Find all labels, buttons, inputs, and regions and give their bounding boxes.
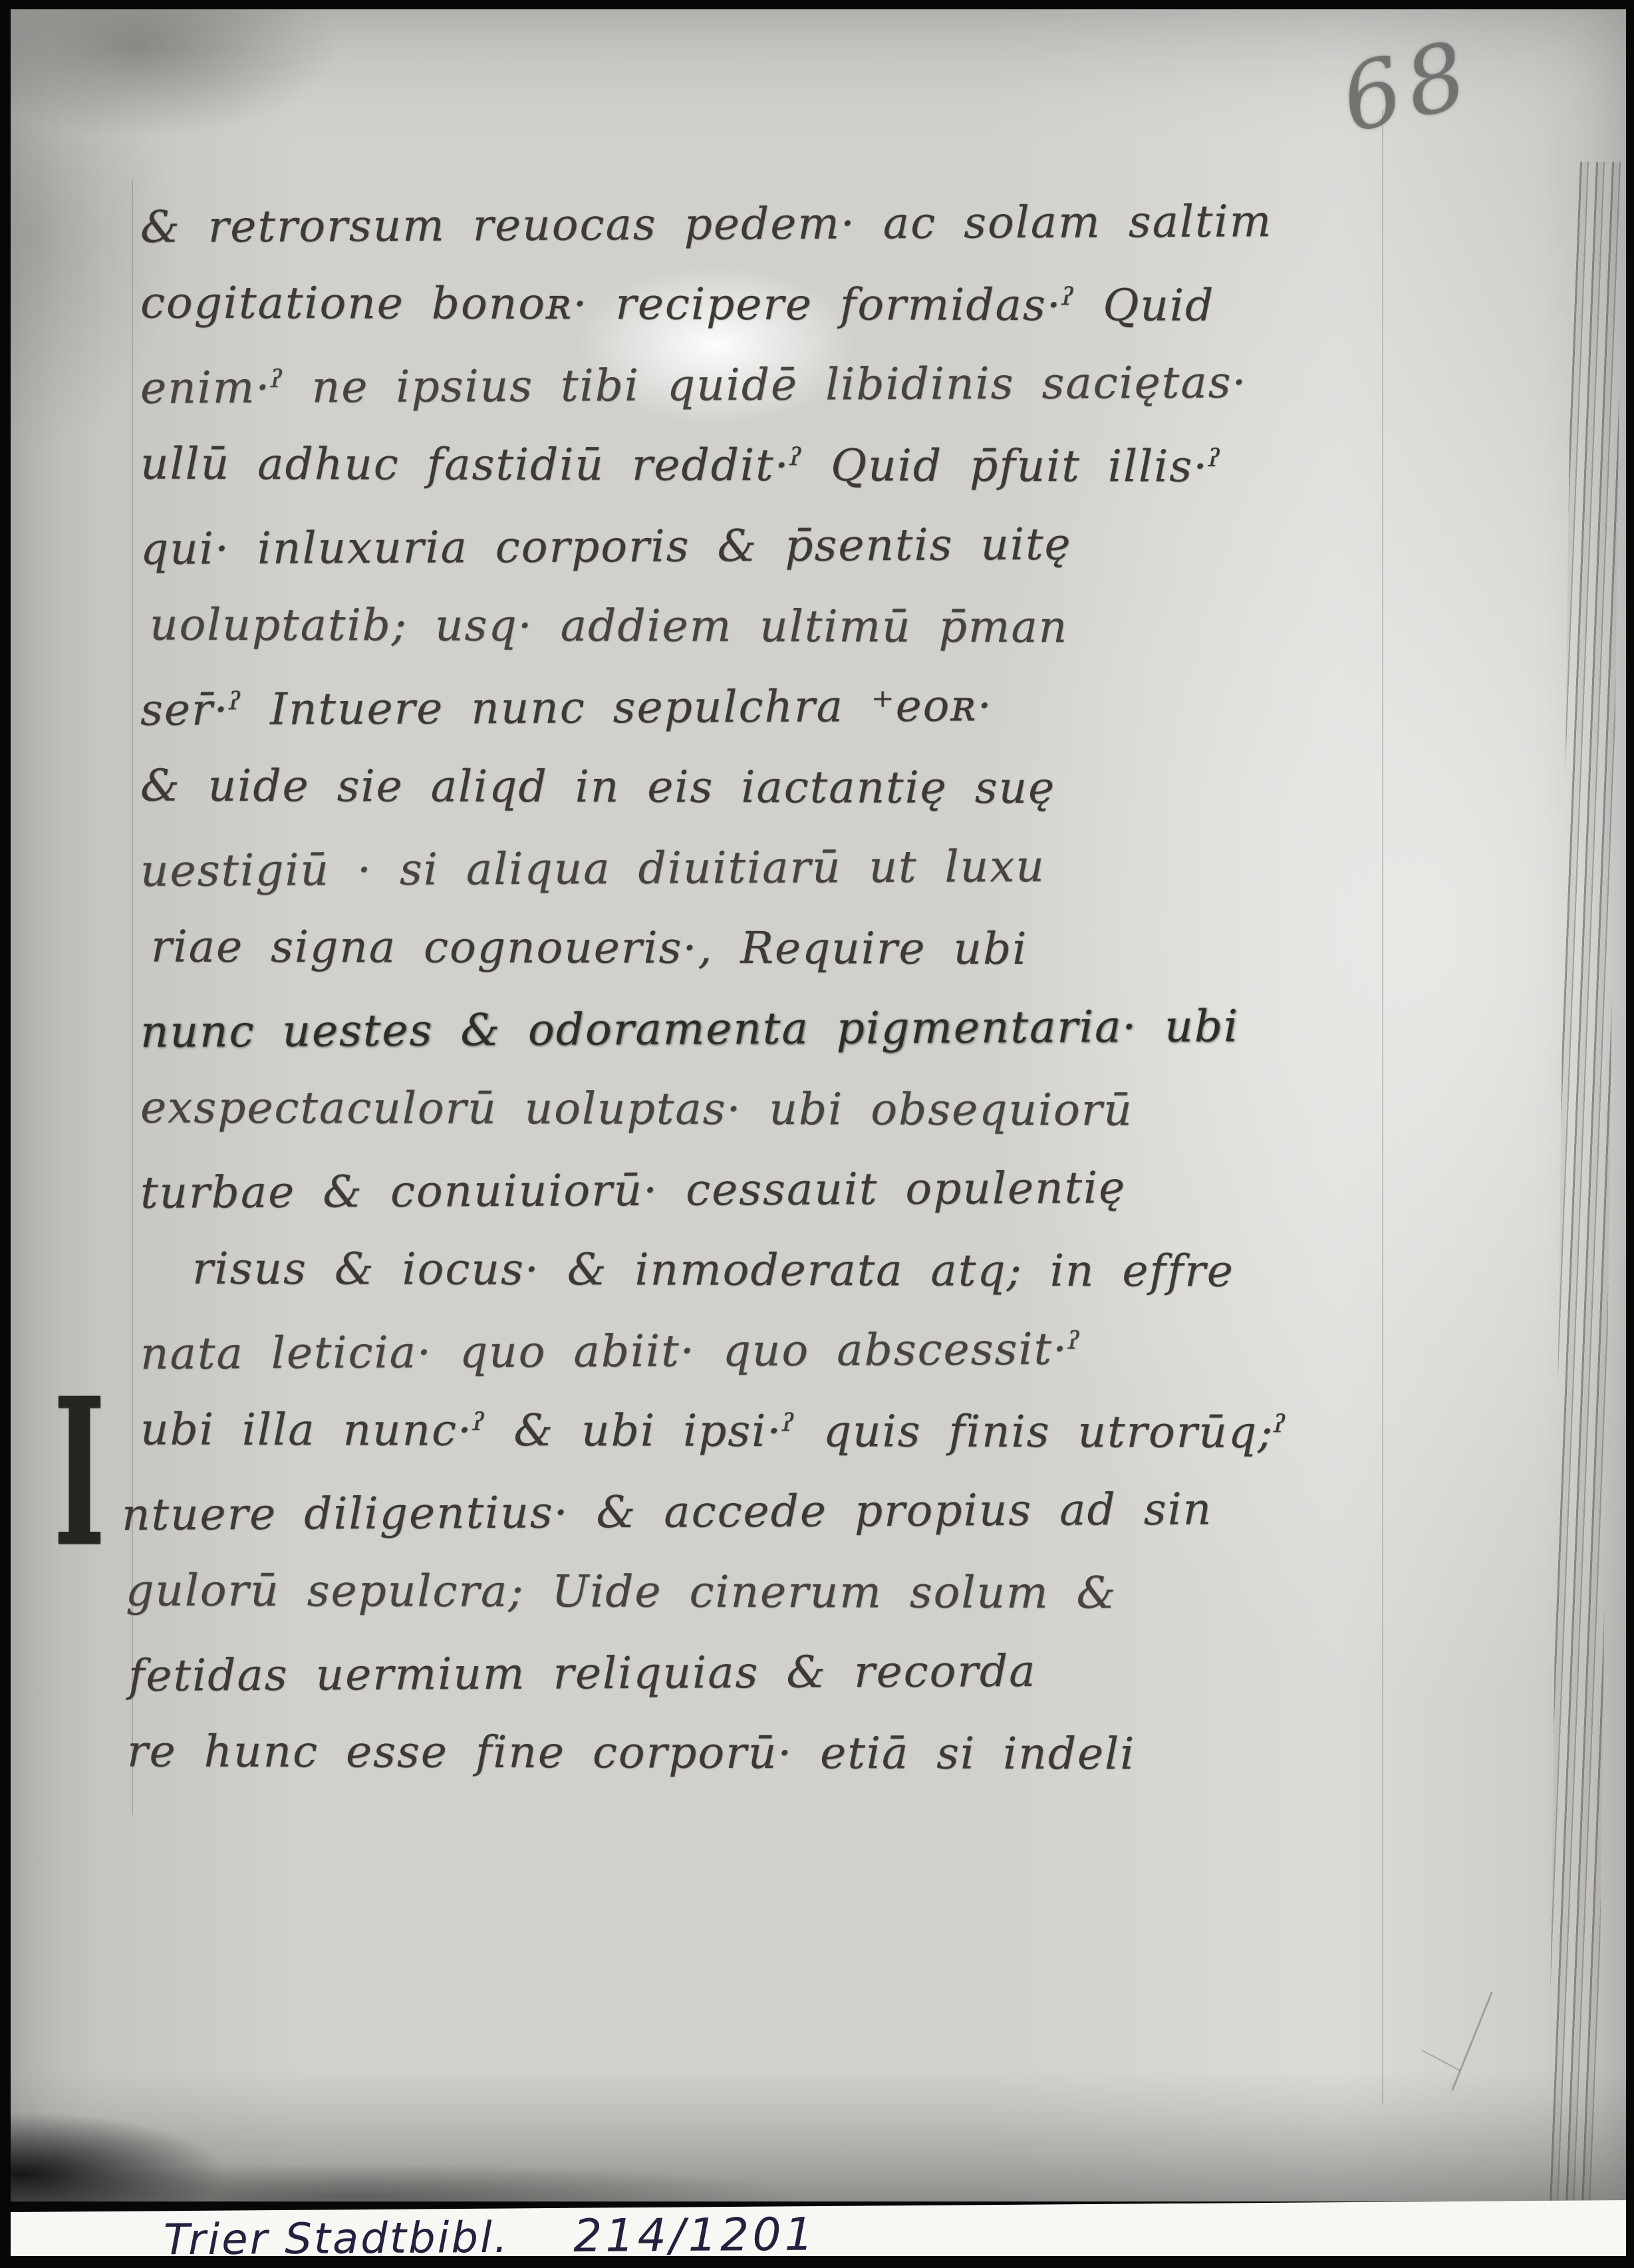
caption-shelfmark: 214/1201 xyxy=(573,2209,817,2263)
book-fore-edge xyxy=(1548,162,1622,2201)
manuscript-line: uoluptatib; usq· addiem ultimū p̄man xyxy=(150,585,1391,668)
drop-cap-initial: I xyxy=(53,1394,105,1552)
manuscript-line: nunc uestes & odoramenta pigmentaria· ub… xyxy=(140,985,1391,1072)
manuscript-text-block: & retrorsum reuocas pedem· ac solam salt… xyxy=(140,184,1391,1793)
caption-strip: Trier Stadtbibl.214/1201 xyxy=(11,2199,1626,2256)
manuscript-line: & uide sie aliqd in eis iactantię suę xyxy=(140,746,1391,829)
photograph: { "page_number": "68", "initial": "I", "… xyxy=(0,0,1634,2268)
manuscript-line: ntuere diligentius· & accede propius ad … xyxy=(122,1468,1391,1555)
manuscript-line: gulorū sepulcra; Uide cinerum solum & xyxy=(126,1550,1391,1634)
manuscript-line: ullū adhuc fastidiū reddit·ˀ Quid p̄fuit… xyxy=(140,424,1391,507)
manuscript-line: risus & iocus· & inmoderata atq; in effr… xyxy=(192,1228,1391,1312)
manuscript-line: ubi illa nunc·ˀ & ubi ipsi·ˀ quis finis … xyxy=(140,1389,1391,1473)
manuscript-line: ser̄·ˀ Intuere nunc sepulchra ⁺eoʀ· xyxy=(140,663,1391,750)
manuscript-line: cogitatione bonoʀ· recipere formidas·ˀ Q… xyxy=(140,263,1391,347)
manuscript-line: & retrorsum reuocas pedem· ac solam salt… xyxy=(140,180,1391,267)
manuscript-line: riae signa cognoueris·, Require ubi xyxy=(151,907,1391,990)
caption-library: Trier Stadtbibl. xyxy=(164,2213,510,2265)
pencil-scribble xyxy=(1451,1991,1493,2090)
manuscript-line: fetidas uermium reliquias & recorda xyxy=(128,1629,1391,1716)
manuscript-line: enim·ˀ ne ipsius tibi quidē libidinis sa… xyxy=(140,341,1391,428)
manuscript-line: nata leticia· quo abiit· quo abscessit·ˀ xyxy=(140,1307,1391,1394)
manuscript-line: turbae & conuiuiorū· cessauit opulentię xyxy=(140,1146,1391,1233)
pencil-scribble xyxy=(1422,2050,1460,2071)
manuscript-line: uestigiū · si aliqua diuitiarū ut luxu xyxy=(140,824,1391,911)
manuscript-line: qui· inluxuria corporis & p̄sentis uitę xyxy=(140,502,1391,589)
manuscript-line: exspectaculorū uoluptas· ubi obsequiorū xyxy=(140,1067,1391,1151)
caption-text: Trier Stadtbibl.214/1201 xyxy=(164,2209,817,2266)
page-number-pencil: 68 xyxy=(1331,20,1482,154)
manuscript-page: 68 & retrorsum reuocas pedem· ac solam s… xyxy=(11,9,1626,2201)
manuscript-line: re hunc esse fine corporū· etiā si indel… xyxy=(127,1711,1391,1795)
